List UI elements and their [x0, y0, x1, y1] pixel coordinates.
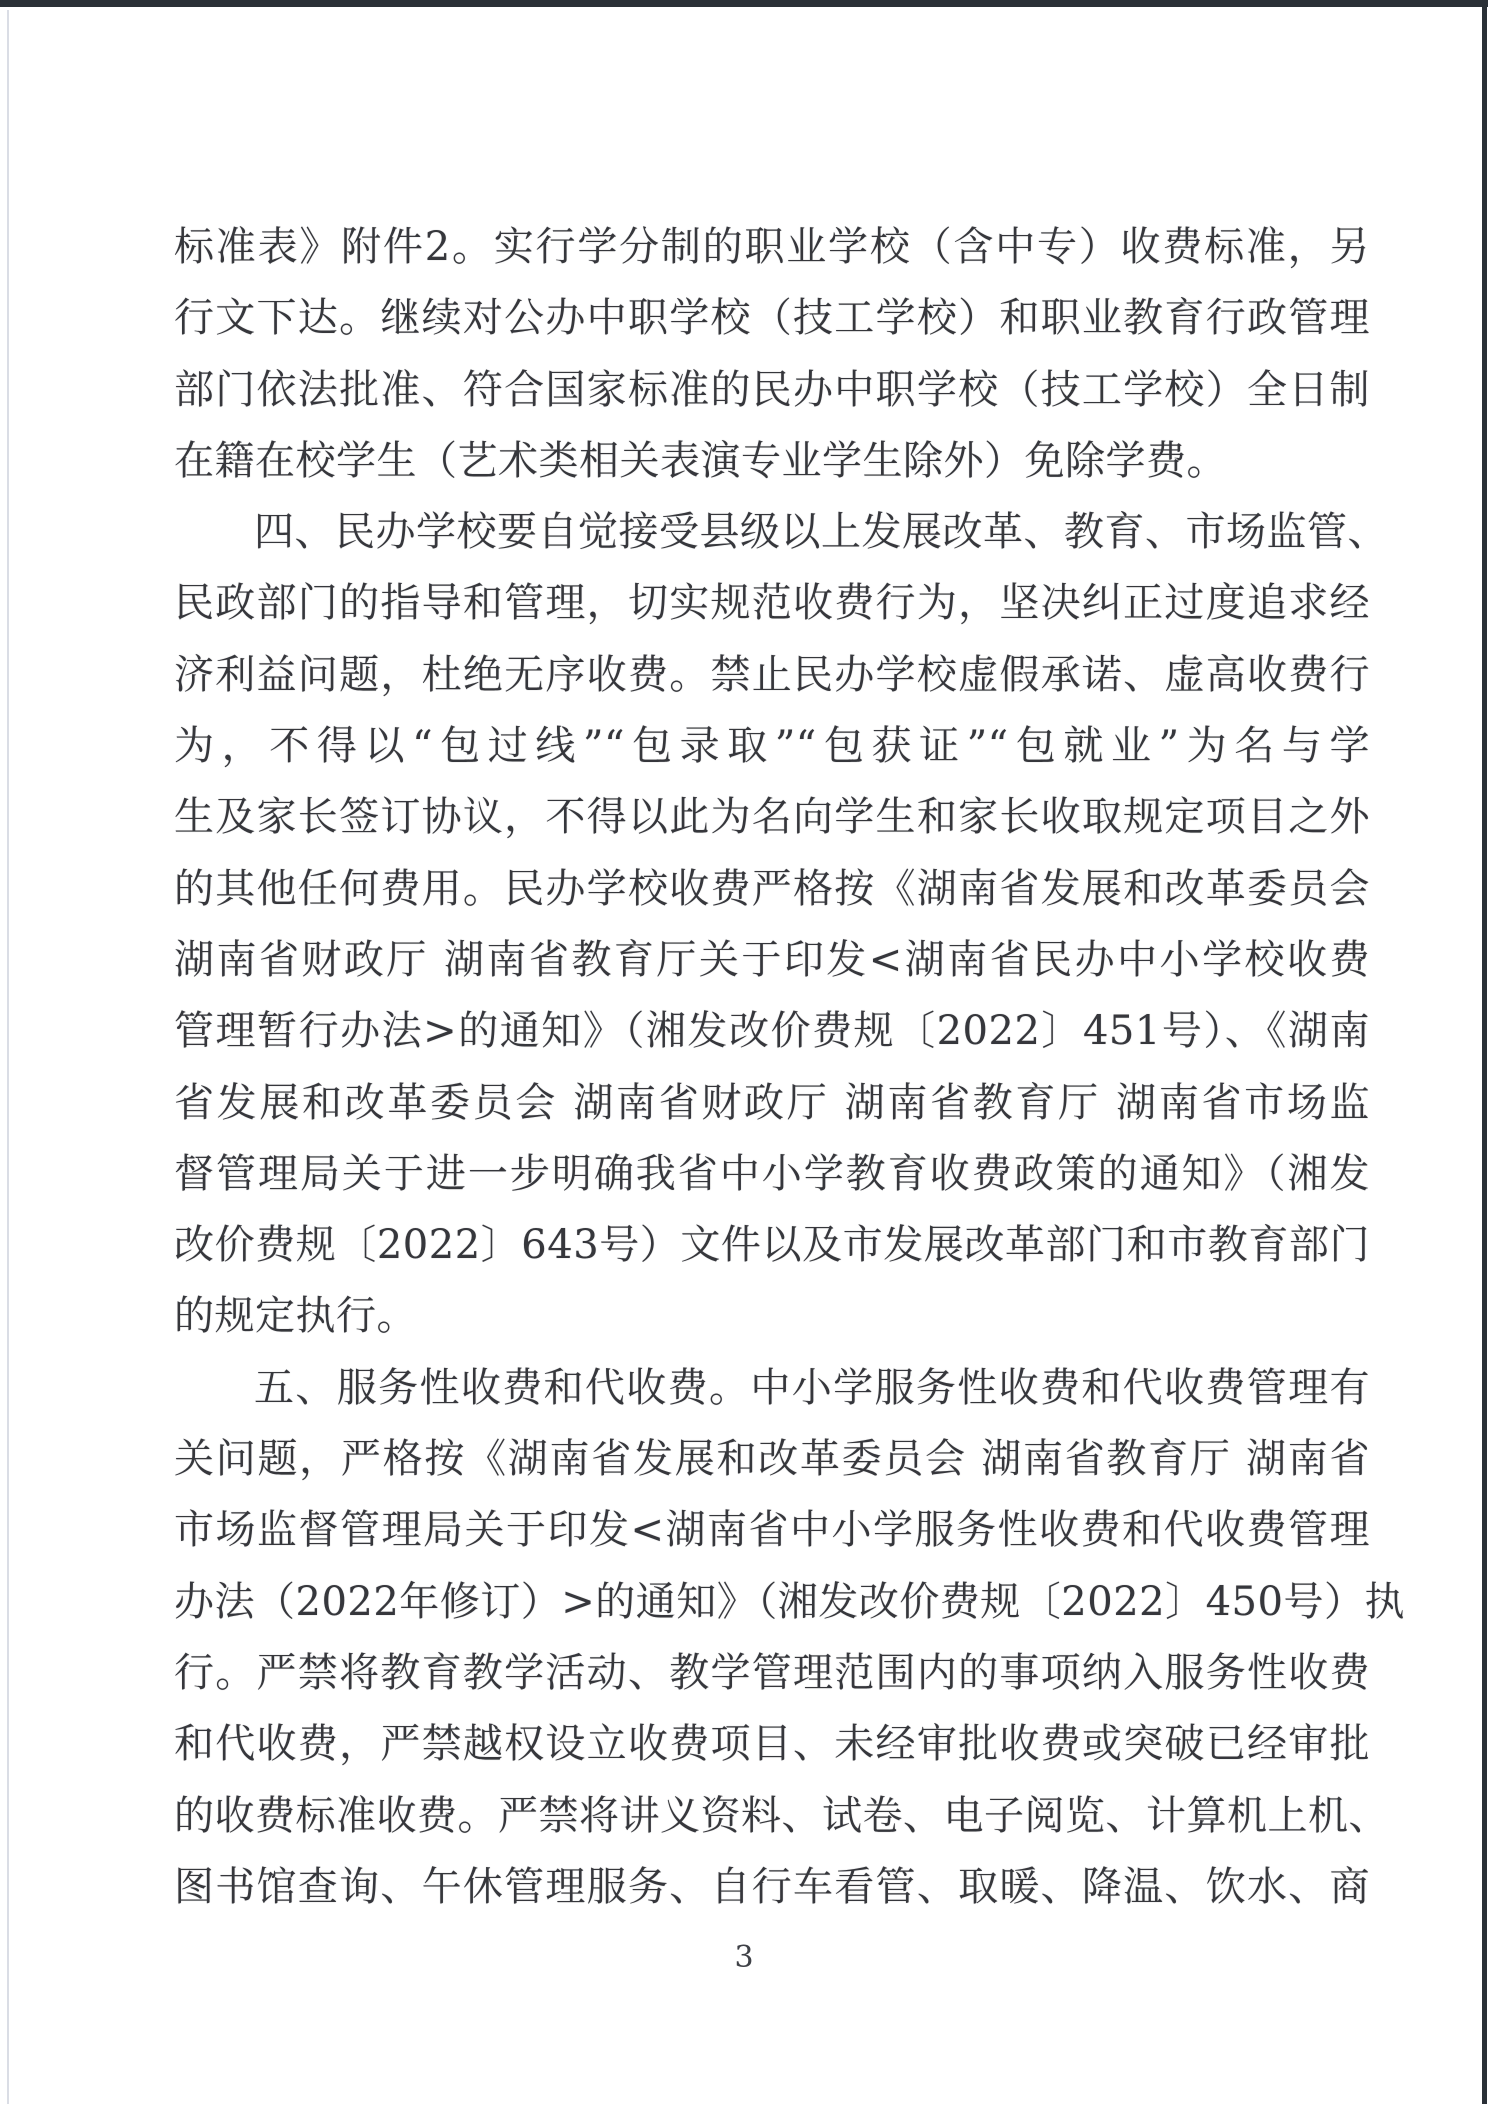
- text-line: 为，不得以“包过线”“包录取”“包获证”“包就业”为名与学: [174, 711, 1370, 782]
- text-line: 市场监督管理局关于印发<湖南省中小学服务性收费和代收费管理: [174, 1495, 1370, 1566]
- text-line: 办法（2022年修订）>的通知》（湘发改价费规〔2022〕450号）执: [174, 1567, 1370, 1638]
- text-line: 湖南省财政厅 湖南省教育厅关于印发<湖南省民办中小学校收费: [174, 925, 1370, 996]
- page-number: 3: [0, 1940, 1488, 1975]
- text-line: 生及家长签订协议，不得以此为名向学生和家长收取规定项目之外: [174, 782, 1370, 853]
- scan-edge-right: [1482, 0, 1487, 2104]
- text-line: 行。严禁将教育教学活动、教学管理范围内的事项纳入服务性收费: [174, 1638, 1370, 1709]
- text-line-paragraph-start: 四、民办学校要自觉接受县级以上发展改革、教育、市场监管、: [174, 497, 1370, 568]
- text-line: 关问题，严格按《湖南省发展和改革委员会 湖南省教育厅 湖南省: [174, 1424, 1370, 1495]
- document-body-text: 标准表》附件2。实行学分制的职业学校（含中专）收费标准，另 行文下达。继续对公办…: [174, 212, 1370, 1923]
- text-line: 在籍在校学生（艺术类相关表演专业学生除外）免除学费。: [174, 426, 1370, 497]
- text-line: 督管理局关于进一步明确我省中小学教育收费政策的通知》（湘发: [174, 1139, 1370, 1210]
- text-line: 的规定执行。: [174, 1281, 1370, 1352]
- text-line: 和代收费，严禁越权设立收费项目、未经审批收费或突破已经审批: [174, 1709, 1370, 1780]
- text-line-paragraph-start: 五、服务性收费和代收费。中小学服务性收费和代收费管理有: [174, 1353, 1370, 1424]
- text-line: 济利益问题，杜绝无序收费。禁止民办学校虚假承诺、虚高收费行: [174, 640, 1370, 711]
- text-line: 标准表》附件2。实行学分制的职业学校（含中专）收费标准，另: [174, 212, 1370, 283]
- text-line: 部门依法批准、符合国家标准的民办中职学校（技工学校）全日制: [174, 355, 1370, 426]
- text-line: 图书馆查询、午休管理服务、自行车看管、取暖、降温、饮水、商: [174, 1852, 1370, 1923]
- text-line: 民政部门的指导和管理，切实规范收费行为，坚决纠正过度追求经: [174, 568, 1370, 639]
- text-line: 的收费标准收费。严禁将讲义资料、试卷、电子阅览、计算机上机、: [174, 1781, 1370, 1852]
- text-line: 管理暂行办法>的通知》（湘发改价费规〔2022〕451号）、《湖南: [174, 996, 1370, 1067]
- scan-edge-top: [0, 0, 1488, 7]
- text-line: 行文下达。继续对公办中职学校（技工学校）和职业教育行政管理: [174, 283, 1370, 354]
- scan-edge-left: [7, 10, 9, 2104]
- text-line: 省发展和改革委员会 湖南省财政厅 湖南省教育厅 湖南省市场监: [174, 1068, 1370, 1139]
- text-line: 的其他任何费用。民办学校收费严格按《湖南省发展和改革委员会: [174, 854, 1370, 925]
- text-line: 改价费规〔2022〕643号）文件以及市发展改革部门和市教育部门: [174, 1210, 1370, 1281]
- document-page: 标准表》附件2。实行学分制的职业学校（含中专）收费标准，另 行文下达。继续对公办…: [0, 0, 1488, 2104]
